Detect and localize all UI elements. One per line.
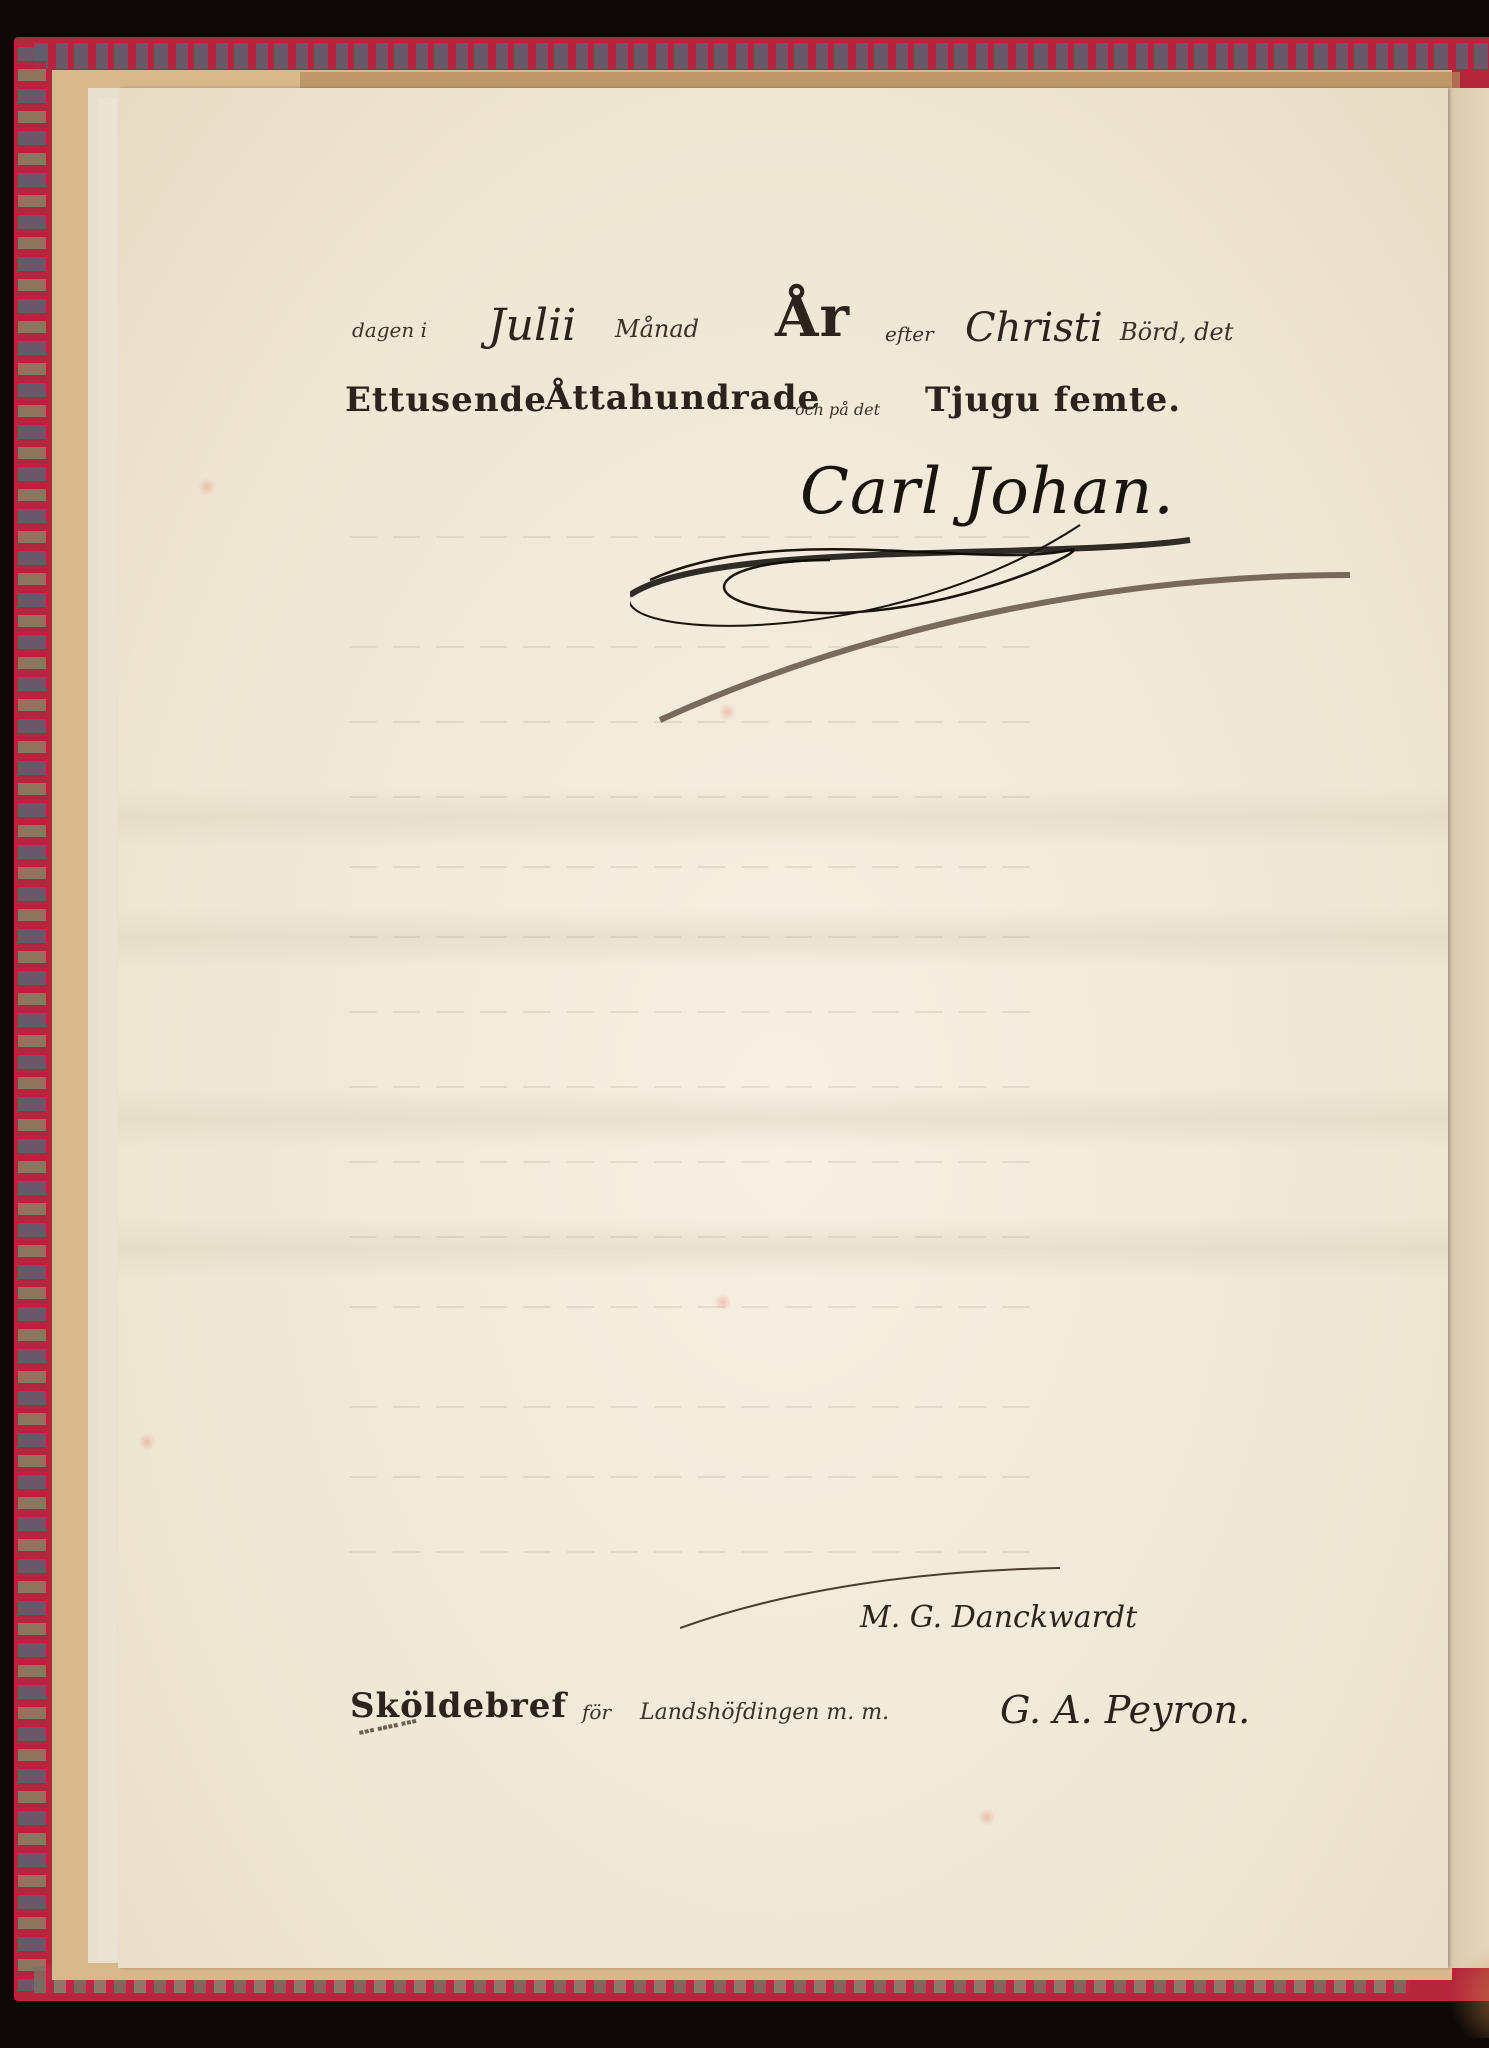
facing-leaf-edge [1447, 88, 1489, 1968]
footer-landshofdingen: Landshöfdingen m. m. [640, 1700, 889, 1725]
foxing-spot [138, 1433, 156, 1451]
footer-skoldebref: Sköldebref [350, 1686, 567, 1726]
text-efter: efter [885, 322, 934, 346]
document-page: — — — — — — — — — — — — — — — — — — — — … [118, 88, 1448, 1968]
footer-peyron: G. A. Peyron. [1000, 1688, 1250, 1732]
text-julii: Julii [488, 300, 576, 351]
text-manad: Månad [615, 315, 699, 343]
countersignature: M. G. Danckwardt [860, 1600, 1137, 1635]
text-christi: Christi [965, 305, 1103, 351]
text-ettusende: Ettusende [345, 380, 547, 420]
text-bord-det: Börd, det [1120, 318, 1233, 346]
text-och-pa-det: och på det [795, 400, 880, 419]
binding-border-top [34, 43, 1489, 69]
water-stain [1448, 1938, 1489, 2038]
text-ar: År [775, 284, 850, 350]
text-dagen-i: dagen i [352, 318, 427, 342]
royal-signature: Carl Johan. [800, 455, 1175, 529]
binding-border-left [18, 47, 46, 1991]
text-tjugu-femte: Tjugu femte. [925, 380, 1181, 420]
foxing-spot [198, 478, 216, 496]
footer-for: för [582, 1700, 611, 1724]
signature-flourish [630, 500, 1350, 730]
foxing-spot [978, 1808, 996, 1826]
text-attahundrade: Åttahundrade [545, 378, 820, 418]
glue-stain [300, 72, 1460, 88]
